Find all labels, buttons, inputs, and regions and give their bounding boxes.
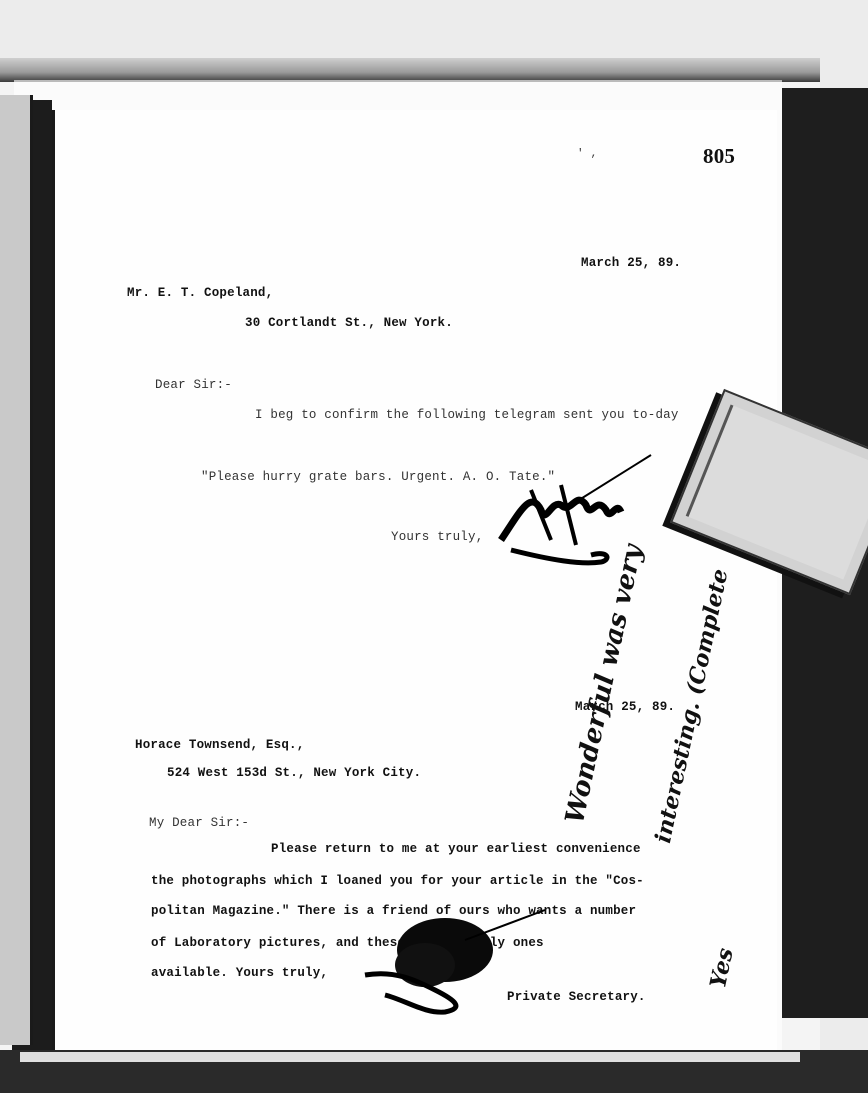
letter1-salutation: Dear Sir:- <box>155 378 232 392</box>
letter2-recipient-address: 524 West 153d St., New York City. <box>167 766 421 780</box>
letterpress-page: ' , 805 March 25, 89. Mr. E. T. Copeland… <box>52 110 777 1050</box>
letter2-body-line-1: Please return to me at your earliest con… <box>271 842 641 856</box>
letter2-signature <box>355 900 555 1020</box>
letter1-closing: Yours truly, <box>391 530 483 544</box>
scan-top-shadow <box>0 58 868 82</box>
binder-spine <box>0 95 33 1045</box>
page-marks: ' , <box>577 148 597 160</box>
letter1-date: March 25, 89. <box>581 256 681 270</box>
letter1-recipient-address: 30 Cortlandt St., New York. <box>245 316 453 330</box>
backing-bottom-strip <box>20 1052 800 1062</box>
letter1-recipient-name: Mr. E. T. Copeland, <box>127 286 273 300</box>
letter2-body-line-5: available. Yours truly, <box>151 966 328 980</box>
letter2-body-line-2: the photographs which I loaned you for y… <box>151 874 644 888</box>
letter2-salutation: My Dear Sir:- <box>149 816 249 830</box>
letter1-body: I beg to confirm the following telegram … <box>255 408 679 422</box>
page-number: 805 <box>703 144 735 169</box>
letter2-recipient-name: Horace Townsend, Esq., <box>135 738 304 752</box>
